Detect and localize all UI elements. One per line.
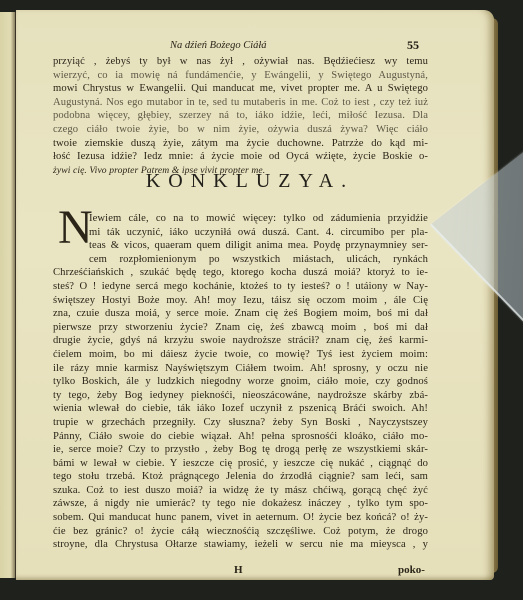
body-paragraph: Iewiem cále, co na to mowić więcey: tylk… (53, 212, 428, 552)
signature-mark: H (234, 564, 243, 576)
catchword: poko- (398, 564, 425, 576)
text-line: ie, serce moie? Czy to przystło , żeby B… (53, 443, 428, 457)
text-line: Chrześćiańskich , szukáć będę tego, ktor… (53, 266, 428, 280)
text-line: mowi Chrystus w Ewangelii. Qui manducat … (53, 82, 428, 96)
text-line: pierwsze przy stworzeniu życie? Znam cię… (53, 321, 428, 335)
text-line: bámi w lewał w ciebie. Y ieszcze cię pro… (53, 457, 428, 471)
text-line: záwsze, á nigdy nie umierác? ty tego nie… (53, 497, 428, 511)
text-line: sobem. Qui manducat hunc panem, vivet in… (53, 511, 428, 525)
text-line: Iewiem cále, co na to mowić więcey: tylk… (53, 212, 428, 226)
text-line: teas & vicos, quaeram quem diligit anima… (53, 239, 428, 253)
text-line: tylko Boskich, ále y ludzkich niegodny w… (53, 375, 428, 389)
text-line: cem rozpłomienionym po wszystkich miásta… (53, 253, 428, 267)
text-line: ćie bez gránic? o! życie cáłą wiecznośći… (53, 525, 428, 539)
text-line: drugie życie, gdyś ná krzyżu swoie naydr… (53, 334, 428, 348)
left-page-edge (0, 12, 16, 578)
section-heading: KONKLUZYA. (130, 170, 370, 193)
text-line: trupie w grzechách przegniły. Czy słuszn… (53, 416, 428, 430)
running-head: Na dźień Bożego Ciáłá 55 (16, 40, 494, 54)
text-line: Augustyná. Nos ego mutabor in te, sed tu… (53, 96, 428, 110)
text-line: zna, czuie dusza moiá, y serce moie. Zna… (53, 307, 428, 321)
running-title: Na dźień Bożego Ciáłá (170, 40, 267, 51)
top-paragraph: przyiąć , żebyś ty był w nas żył , ożywi… (53, 55, 428, 177)
text-line: wienia wlewał do ciebie, ták iáko Iozef … (53, 402, 428, 416)
text-line: czego ciáło twoie żyie, bo w nim żyie, o… (53, 123, 428, 137)
page-number: 55 (407, 38, 419, 53)
text-line: ile rázy mnie karmisz Nayświętszym Ciáłe… (53, 362, 428, 376)
text-line: tego stołu trzebá. Ktoż prágnącego Jelen… (53, 470, 428, 484)
text-line: twoie ziemskie duszą żyie, zátym ma życi… (53, 137, 428, 151)
text-line: ty tego, żeby Bog iedyney pieknośći, nie… (53, 389, 428, 403)
text-line: ćielem moim, bo mi dáiesz życie twoie, c… (53, 348, 428, 362)
text-line: łość Iezusa idźie? Iedz mnie: á życie mo… (53, 150, 428, 164)
text-line: Pánny, Ciáło swoie do ciebie wiązał. Ah!… (53, 430, 428, 444)
text-line: podobna więcey, głębiey, szerzey ná to, … (53, 109, 428, 123)
text-line: stroyne, dla Chrystusa Ołtarze stawiamy,… (53, 538, 428, 552)
text-line: wierzyć, co ia mowię ná fundámenćie, y E… (53, 69, 428, 83)
text-line: szuka. Coż to iest duszo moiá? ia widzę … (53, 484, 428, 498)
text-line: steś? O ! iedyne sercá mego kochánie, kt… (53, 280, 428, 294)
text-line: przyiąć , żebyś ty był w nas żył , ożywi… (53, 55, 428, 69)
text-line: świętszey Hostyi Boże moy. Ah! moy Iezu,… (53, 294, 428, 308)
text-line: mi ták uczynić, iáko uczyniłá owá duszá.… (53, 226, 428, 240)
